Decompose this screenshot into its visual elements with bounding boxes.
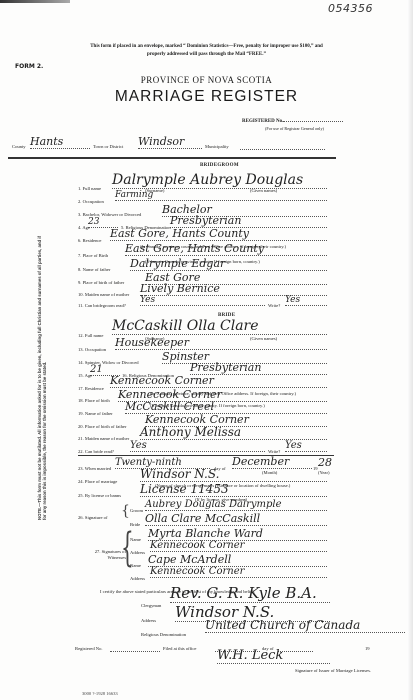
witness-2-address-label: Address xyxy=(130,576,145,581)
bride-father-birthplace-label: 20. Place of birth of father xyxy=(78,424,126,429)
witnesses-label: 27. Signatures of Witnesses xyxy=(80,549,126,561)
print-code: 3000 ?-1928 16633 xyxy=(82,691,118,696)
when-married-label: 23. When married xyxy=(78,466,111,471)
registered-number-note: (For use of Registrar General only) xyxy=(265,126,324,131)
groom-signature-label: Groom xyxy=(130,508,143,513)
bridegroom-heading: BRIDEGROOM xyxy=(200,163,239,168)
side-note: NOTE.—This form must not be mutilated. A… xyxy=(37,230,47,520)
signature-label: 26. Signature of xyxy=(78,515,107,520)
bride-mother-maiden-field[interactable]: Anthony Melissa xyxy=(140,425,327,440)
groom-father-name-field[interactable]: Dalrymple Edgar xyxy=(130,257,327,271)
town-label: Town or District xyxy=(93,144,123,149)
groom-can-read-label: 11. Can bridegroom read? xyxy=(78,303,126,308)
clergyman-address-label: Address xyxy=(141,618,156,623)
bride-religion-field[interactable]: Presbyterian xyxy=(190,361,327,375)
groom-mother-maiden-label: 10. Maiden name of mother xyxy=(78,292,129,297)
denomination-field[interactable]: United Church of Canada xyxy=(205,618,405,633)
witness-1-address-field[interactable]: Kennecook Corner xyxy=(150,540,327,552)
witness-1-name-field[interactable]: Myrta Blanche Ward xyxy=(148,527,327,541)
bride-signature-field[interactable]: Olla Clare McCaskill xyxy=(145,512,327,526)
postal-notice-line-2: properly addressed will pass through the… xyxy=(0,52,413,57)
witness-1-name-label: Name xyxy=(130,537,141,542)
license-label: 25. By license or banns xyxy=(78,493,121,498)
groom-mother-maiden-field[interactable]: Lively Bernice xyxy=(140,282,327,296)
page-title: MARRIAGE REGISTER xyxy=(0,88,413,106)
bride-father-name-field[interactable]: McCaskill Creel xyxy=(125,400,327,414)
province-heading: PROVINCE OF NOVA SCOTIA xyxy=(0,75,413,85)
bride-occupation-label: 13. Occupation xyxy=(78,347,106,352)
brace-icon: { xyxy=(121,528,134,568)
witness-2-address-field[interactable]: Kennecook Corner xyxy=(150,566,327,578)
issuer-caption: Signature of Issuer of Marriage Licenses… xyxy=(295,668,371,673)
scan-edge-shadow xyxy=(0,0,70,3)
county-label: County xyxy=(12,144,26,149)
place-of-marriage-field[interactable]: Windsor N.S. xyxy=(140,467,327,482)
registered-number-label: REGISTERED No. xyxy=(242,119,343,124)
bride-mother-maiden-label: 21. Maiden name of mother xyxy=(78,436,129,441)
license-field[interactable]: License 11453 xyxy=(140,482,327,497)
groom-occupation-label: 2. Occupation xyxy=(78,199,104,204)
groom-birthplace-label: 7. Place of Birth xyxy=(78,253,108,258)
groom-can-write-label: Write? xyxy=(268,303,280,308)
issuer-signature-field[interactable]: W.H. Leck xyxy=(217,648,330,664)
groom-residence-field[interactable]: East Gore, Hants County xyxy=(110,227,327,241)
document-number: 054356 xyxy=(328,2,373,15)
divider xyxy=(8,157,336,159)
bride-full-name-field[interactable]: McCaskill Olla Clare xyxy=(112,318,327,335)
municipality-field[interactable] xyxy=(240,144,325,150)
bride-birthplace-label: 18. Place of birth xyxy=(78,398,110,403)
municipality-label: Municipality xyxy=(205,144,229,149)
bride-residence-field[interactable]: Kennecook Corner xyxy=(110,374,327,388)
bride-can-write-label: Write? xyxy=(268,449,280,454)
filing-year-prefix: 19 xyxy=(365,646,370,651)
postal-notice-line-1: This form if placed in an envelope, mark… xyxy=(0,44,413,49)
county-field[interactable]: Hants xyxy=(30,135,90,149)
denomination-label: Religious Denomination xyxy=(141,632,186,637)
groom-occupation-field[interactable]: Farming xyxy=(115,190,327,201)
groom-religion-field[interactable]: Presbyterian xyxy=(170,214,327,228)
bride-full-name-label: 12. Full name xyxy=(78,333,103,338)
filing-registered-label: Registered No. xyxy=(75,646,103,651)
groom-full-name-field[interactable]: Dalrymple Aubrey Douglas xyxy=(112,172,327,189)
groom-full-name-label: 1. Full name xyxy=(78,186,101,191)
bride-residence-label: 17. Residence xyxy=(78,386,104,391)
witness-2-name-field[interactable]: Cape McArdell xyxy=(148,553,327,567)
groom-residence-label: 6. Residence xyxy=(78,238,101,243)
witness-2-name-label: Name xyxy=(130,563,141,568)
bride-can-read-label: 22. Can bride read? xyxy=(78,449,114,454)
bride-can-read-field[interactable]: Yes xyxy=(130,440,265,452)
bride-can-write-field[interactable]: Yes xyxy=(285,440,327,452)
filing-registered-field[interactable] xyxy=(110,648,160,652)
form-label: FORM 2. xyxy=(15,63,43,70)
bride-occupation-field[interactable]: Housekeeper xyxy=(115,336,327,350)
groom-can-write-field[interactable]: Yes xyxy=(285,295,327,306)
bride-father-name-label: 19. Name of father xyxy=(78,411,113,416)
witness-1-address-label: Address xyxy=(130,550,145,555)
clergyman-field[interactable]: Rev. G. R. Kyle B.A. xyxy=(170,584,330,603)
brace-icon: { xyxy=(121,503,130,519)
groom-signature-field[interactable]: Aubrey Douglas Dalrymple xyxy=(145,499,327,511)
filed-label: Filed at this office xyxy=(163,646,196,651)
groom-birthplace-field[interactable]: East Gore, Hants County xyxy=(125,242,327,256)
clergyman-label: Clergyman xyxy=(141,603,161,608)
groom-can-read-field[interactable]: Yes xyxy=(140,295,265,306)
place-of-marriage-label: 24. Place of marriage xyxy=(78,479,117,484)
groom-father-birthplace-label: 9. Place of birth of father xyxy=(78,280,124,285)
groom-father-name-label: 8. Name of father xyxy=(78,267,110,272)
town-field[interactable]: Windsor xyxy=(138,135,202,149)
